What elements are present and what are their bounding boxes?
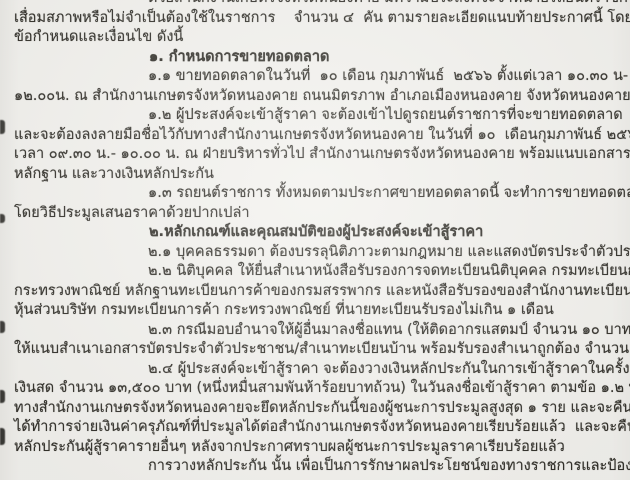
- text-line: ๑.๒ ผู้ประสงค์จะเข้าสู้ราคา จะต้องเข้าไป…: [0, 106, 630, 126]
- text-line: ๑๒.๐๐น. ณ สำนักงานเกษตรจังหวัดหนองคาย ถน…: [0, 87, 630, 107]
- text-line: หุ้นส่วนบริษัท กรมทะเบียนการค้า กระทรวงพ…: [0, 301, 630, 321]
- scan-artifact-mark: [0, 428, 5, 445]
- text-line: ๑.๓ รถยนต์ราชการ ทั้งหมดตามประกาศขายทอดต…: [0, 184, 630, 204]
- scan-artifact-mark: [0, 120, 5, 134]
- text-line: ทางสำนักงานเกษตรจังหวัดหนองคายจะยึดหลักป…: [0, 399, 630, 419]
- text-line: ด้วยสำนักงานเกษตรจังหวัดหนองคาย มีความปร…: [0, 0, 630, 9]
- text-line: เงินสด จำนวน ๑๓,๕๐๐ บาท (หนึ่งหมื่นสามพั…: [0, 379, 630, 399]
- scan-artifact-mark: [0, 321, 5, 333]
- text-line: กระทรวงพาณิชย์ หลักฐานทะเบียนการค้าของกร…: [0, 282, 630, 302]
- text-line: ๒.๓ กรณีมอบอำนาจให้ผู้อื่นมาลงชื่อแทน (ใ…: [0, 321, 630, 341]
- text-line: เวลา ๐๙.๓๐ น.- ๑๐.๐๐ น. ณ ฝ่ายบริหารทั่ว…: [0, 145, 630, 165]
- text-line: เสื่อมสภาพหรือไม่จำเป็นต้องใช้ในราชการ จ…: [0, 9, 630, 29]
- text-line: โดยวิธีประมูลเสนอราคาด้วยปากเปล่า: [0, 204, 630, 224]
- text-line: หลักประกันผู้สู้ราคารายอื่นๆ หลังจากประก…: [0, 438, 630, 458]
- text-line: ๑.๑ ขายทอดตลาดในวันที่ ๑๐ เดือน กุมภาพัน…: [0, 67, 630, 87]
- scan-artifact-mark: [0, 214, 5, 223]
- text-line: ๒.๑ บุคคลธรรมดา ต้องบรรลุนิติภาวะตามกฎหม…: [0, 243, 630, 263]
- text-line: การวางหลักประกัน นั้น เพื่อเป็นการรักษาผ…: [0, 457, 630, 477]
- text-line: ให้แนบสำเนาเอกสารบัตรประจำตัวประชาชน/สำเ…: [0, 340, 630, 360]
- text-line: ข้อกำหนดและเงื่อนไข ดังนี้: [0, 28, 630, 48]
- text-line: ๒.หลักเกณฑ์และคุณสมบัติของผู้ประสงค์จะเข…: [0, 223, 630, 243]
- text-line: ได้ทำการจ่ายเงินค่าครุภัณฑ์ที่ประมูลได้ต…: [0, 418, 630, 438]
- text-line: หลักฐาน และวางเงินหลักประกัน: [0, 165, 630, 185]
- scan-artifact-mark: [0, 390, 5, 403]
- text-line: ๒.๔ ผู้ประสงค์จะเข้าสู้ราคา จะต้องวางเงิ…: [0, 360, 630, 380]
- text-line: และจะต้องลงลายมือชื่อไว้กับทางสำนักงานเก…: [0, 126, 630, 146]
- text-line: ๒.๒ นิติบุคคล ให้ยื่นสำเนาหนังสือรับรองก…: [0, 262, 630, 282]
- text-line: ๑. กำหนดการขายทอดตลาด: [0, 48, 630, 68]
- document-page: ด้วยสำนักงานเกษตรจังหวัดหนองคาย มีความปร…: [0, 0, 630, 480]
